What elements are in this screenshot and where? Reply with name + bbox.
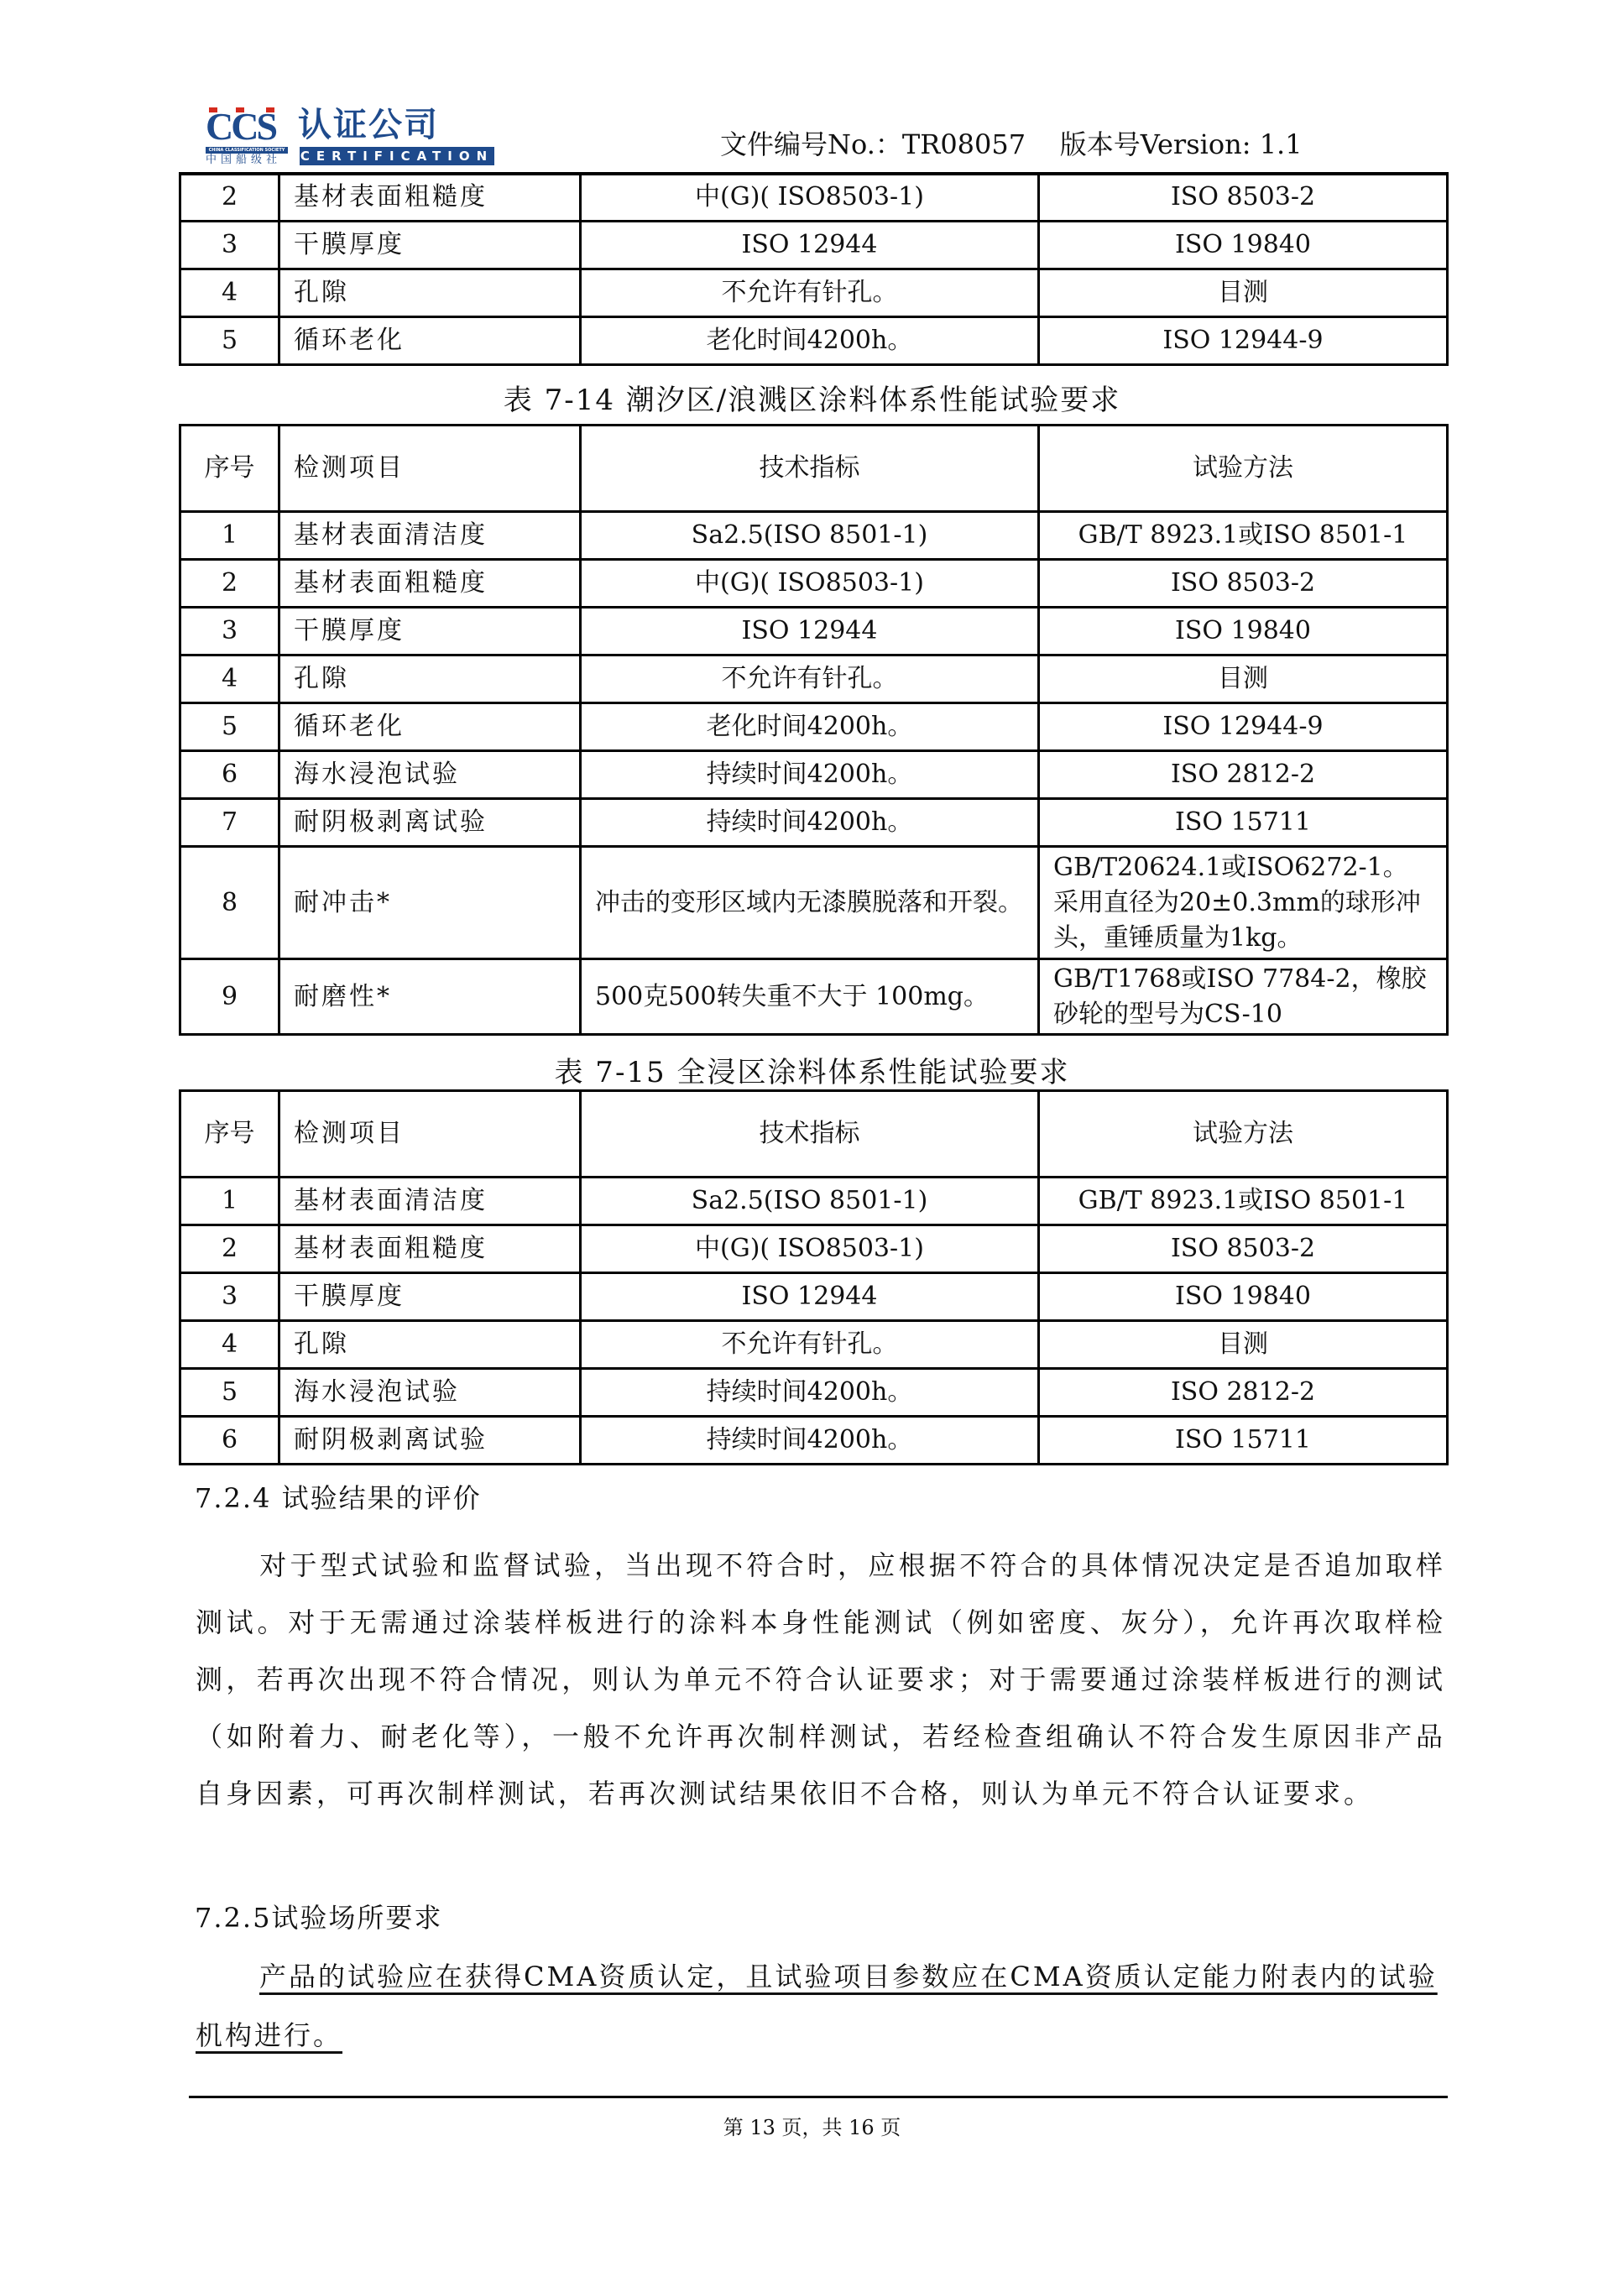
logo-name-en: CERTIFICATION: [300, 147, 494, 165]
footer-rule: [189, 2096, 1448, 2098]
section-7-2-5-paragraph: 产品的试验应在获得CMA资质认定，且试验项目参数应在CMA资质认定能力附表内的试…: [196, 1947, 1446, 2065]
cell-method: ISO 12944-9: [1039, 703, 1448, 751]
cell-item: 孔隙: [279, 1321, 581, 1369]
cell-no: 2: [180, 560, 279, 608]
cell-no: 1: [180, 1178, 279, 1225]
cell-item: 海水浸泡试验: [279, 1369, 581, 1417]
logo-society-cn: 中国船级社: [206, 154, 290, 166]
cell-no: 8: [180, 847, 279, 959]
header-item: 检测项目: [279, 426, 581, 512]
cell-no: 1: [180, 512, 279, 560]
table-row: 5 循环老化 老化时间4200h。 ISO 12944-9: [180, 703, 1448, 751]
cell-no: 2: [180, 174, 279, 222]
cell-no: 6: [180, 1417, 279, 1465]
table-row: 3 干膜厚度 ISO 12944 ISO 19840: [180, 1273, 1448, 1321]
underlined-requirement-text: 产品的试验应在获得CMA资质认定，且试验项目参数应在CMA资质认定能力附表内的试…: [196, 1961, 1438, 2051]
cell-item: 耐磨性*: [279, 959, 581, 1035]
cell-no: 3: [180, 222, 279, 269]
table-header-row: 序号 检测项目 技术指标 试验方法: [180, 426, 1448, 512]
table-7-14: 序号 检测项目 技术指标 试验方法 1 基材表面清洁度 Sa2.5(ISO 85…: [179, 424, 1449, 1036]
table-row: 6 耐阴极剥离试验 持续时间4200h。 ISO 15711: [180, 1417, 1448, 1465]
table-row: 2 基材表面粗糙度 中(G)( ISO8503-1) ISO 8503-2: [180, 174, 1448, 222]
cell-method: ISO 8503-2: [1039, 560, 1448, 608]
cell-method: 目测: [1039, 1321, 1448, 1369]
header-item: 检测项目: [279, 1091, 581, 1178]
cell-no: 6: [180, 751, 279, 799]
table-header-row: 序号 检测项目 技术指标 试验方法: [180, 1091, 1448, 1178]
cell-method: ISO 12944-9: [1039, 317, 1448, 365]
table-row: 9 耐磨性* 500克500转失重不大于 100mg。 GB/T1768或ISO…: [180, 959, 1448, 1035]
cell-spec: ISO 12944: [581, 1273, 1039, 1321]
cell-method: ISO 2812-2: [1039, 1369, 1448, 1417]
cell-method: ISO 15711: [1039, 1417, 1448, 1465]
cell-item: 基材表面粗糙度: [279, 1225, 581, 1273]
cell-no: 4: [180, 655, 279, 703]
cell-spec: 老化时间4200h。: [581, 703, 1039, 751]
cell-item: 基材表面粗糙度: [279, 174, 581, 222]
table-7-14-caption: 表 7-14 潮汐区/浪溅区涂料体系性能试验要求: [0, 382, 1624, 419]
cell-method: ISO 2812-2: [1039, 751, 1448, 799]
cell-no: 3: [180, 1273, 279, 1321]
cell-item: 基材表面粗糙度: [279, 560, 581, 608]
table-row: 5 海水浸泡试验 持续时间4200h。 ISO 2812-2: [180, 1369, 1448, 1417]
cell-spec: 冲击的变形区域内无漆膜脱落和开裂。: [581, 847, 1039, 959]
cell-item: 循环老化: [279, 317, 581, 365]
cell-spec: 不允许有针孔。: [581, 269, 1039, 317]
cell-method: GB/T 8923.1或ISO 8501-1: [1039, 512, 1448, 560]
table-row: 4 孔隙 不允许有针孔。 目测: [180, 655, 1448, 703]
table-row: 4 孔隙 不允许有针孔。 目测: [180, 269, 1448, 317]
table-row: 5 循环老化 老化时间4200h。 ISO 12944-9: [180, 317, 1448, 365]
table-row: 7 耐阴极剥离试验 持续时间4200h。 ISO 15711: [180, 799, 1448, 847]
paragraph-text: 对于型式试验和监督试验，当出现不符合时，应根据不符合的具体情况决定是否追加取样测…: [196, 1549, 1446, 1810]
table-7-15: 序号 检测项目 技术指标 试验方法 1 基材表面清洁度 Sa2.5(ISO 85…: [179, 1089, 1449, 1465]
table-row: 1 基材表面清洁度 Sa2.5(ISO 8501-1) GB/T 8923.1或…: [180, 512, 1448, 560]
logo-red-accent: [266, 107, 274, 112]
cell-method: ISO 19840: [1039, 608, 1448, 655]
section-7-2-4-paragraph: 对于型式试验和监督试验，当出现不符合时，应根据不符合的具体情况决定是否追加取样测…: [196, 1537, 1446, 1822]
cell-spec: 中(G)( ISO8503-1): [581, 174, 1039, 222]
section-7-2-4-heading: 7.2.4 试验结果的评价: [195, 1480, 482, 1517]
cell-no: 4: [180, 1321, 279, 1369]
cell-no: 5: [180, 703, 279, 751]
header-method: 试验方法: [1039, 426, 1448, 512]
cell-item: 孔隙: [279, 269, 581, 317]
logo-red-accent: [236, 107, 244, 112]
cell-spec: 持续时间4200h。: [581, 1417, 1039, 1465]
header-no: 序号: [180, 1091, 279, 1178]
logo-society-en: CHINA CLASSIFICATION SOCIETY: [206, 147, 288, 154]
cell-spec: 中(G)( ISO8503-1): [581, 560, 1039, 608]
cell-spec: 不允许有针孔。: [581, 655, 1039, 703]
cell-no: 3: [180, 608, 279, 655]
cell-spec: Sa2.5(ISO 8501-1): [581, 1178, 1039, 1225]
header-method: 试验方法: [1039, 1091, 1448, 1178]
page-number: 第 13 页，共 16 页: [0, 2112, 1624, 2143]
cell-item: 基材表面清洁度: [279, 512, 581, 560]
table-continued: 2 基材表面粗糙度 中(G)( ISO8503-1) ISO 8503-2 3 …: [179, 172, 1449, 366]
table-row: 6 海水浸泡试验 持续时间4200h。 ISO 2812-2: [180, 751, 1448, 799]
document-number: 文件编号No.：TR08057 版本号Version: 1.1: [720, 128, 1303, 161]
table-row: 4 孔隙 不允许有针孔。 目测: [180, 1321, 1448, 1369]
cell-method: ISO 15711: [1039, 799, 1448, 847]
cell-item: 耐阴极剥离试验: [279, 799, 581, 847]
cell-item: 孔隙: [279, 655, 581, 703]
cell-method: ISO 8503-2: [1039, 1225, 1448, 1273]
logo-ccs-mark: CCS: [206, 107, 290, 146]
table-row: 2 基材表面粗糙度 中(G)( ISO8503-1) ISO 8503-2: [180, 560, 1448, 608]
table-row: 1 基材表面清洁度 Sa2.5(ISO 8501-1) GB/T 8923.1或…: [180, 1178, 1448, 1225]
cell-spec: 老化时间4200h。: [581, 317, 1039, 365]
cell-item: 耐阴极剥离试验: [279, 1417, 581, 1465]
section-7-2-5-heading: 7.2.5试验场所要求: [195, 1899, 442, 1936]
cell-method: ISO 19840: [1039, 222, 1448, 269]
cell-method: GB/T20624.1或ISO6272-1。采用直径为20±0.3mm的球形冲头…: [1039, 847, 1448, 959]
table-7-15-caption: 表 7-15 全浸区涂料体系性能试验要求: [0, 1054, 1624, 1091]
logo-red-accent: [209, 107, 217, 112]
cell-spec: 中(G)( ISO8503-1): [581, 1225, 1039, 1273]
cell-method: ISO 8503-2: [1039, 174, 1448, 222]
cell-method: 目测: [1039, 655, 1448, 703]
cell-item: 干膜厚度: [279, 1273, 581, 1321]
cell-method: ISO 19840: [1039, 1273, 1448, 1321]
cell-item: 海水浸泡试验: [279, 751, 581, 799]
cell-spec: 不允许有针孔。: [581, 1321, 1039, 1369]
ccs-certification-logo: CCS CHINA CLASSIFICATION SOCIETY 中国船级社 认…: [206, 107, 495, 166]
cell-no: 7: [180, 799, 279, 847]
logo-name-cn: 认证公司: [298, 106, 439, 144]
cell-spec: 持续时间4200h。: [581, 799, 1039, 847]
cell-method: GB/T1768或ISO 7784-2，橡胶砂轮的型号为CS-10: [1039, 959, 1448, 1035]
cell-spec: 500克500转失重不大于 100mg。: [581, 959, 1039, 1035]
cell-method: GB/T 8923.1或ISO 8501-1: [1039, 1178, 1448, 1225]
cell-spec: 持续时间4200h。: [581, 751, 1039, 799]
cell-no: 5: [180, 1369, 279, 1417]
header-spec: 技术指标: [581, 426, 1039, 512]
cell-no: 4: [180, 269, 279, 317]
cell-item: 循环老化: [279, 703, 581, 751]
table-row: 2 基材表面粗糙度 中(G)( ISO8503-1) ISO 8503-2: [180, 1225, 1448, 1273]
table-row: 3 干膜厚度 ISO 12944 ISO 19840: [180, 608, 1448, 655]
cell-method: 目测: [1039, 269, 1448, 317]
cell-item: 干膜厚度: [279, 608, 581, 655]
cell-no: 5: [180, 317, 279, 365]
cell-item: 基材表面清洁度: [279, 1178, 581, 1225]
cell-item: 干膜厚度: [279, 222, 581, 269]
table-row: 3 干膜厚度 ISO 12944 ISO 19840: [180, 222, 1448, 269]
cell-spec: ISO 12944: [581, 608, 1039, 655]
cell-spec: ISO 12944: [581, 222, 1039, 269]
cell-item: 耐冲击*: [279, 847, 581, 959]
cell-spec: Sa2.5(ISO 8501-1): [581, 512, 1039, 560]
table-row: 8 耐冲击* 冲击的变形区域内无漆膜脱落和开裂。 GB/T20624.1或ISO…: [180, 847, 1448, 959]
cell-spec: 持续时间4200h。: [581, 1369, 1039, 1417]
header-no: 序号: [180, 426, 279, 512]
header-spec: 技术指标: [581, 1091, 1039, 1178]
cell-no: 9: [180, 959, 279, 1035]
cell-no: 2: [180, 1225, 279, 1273]
